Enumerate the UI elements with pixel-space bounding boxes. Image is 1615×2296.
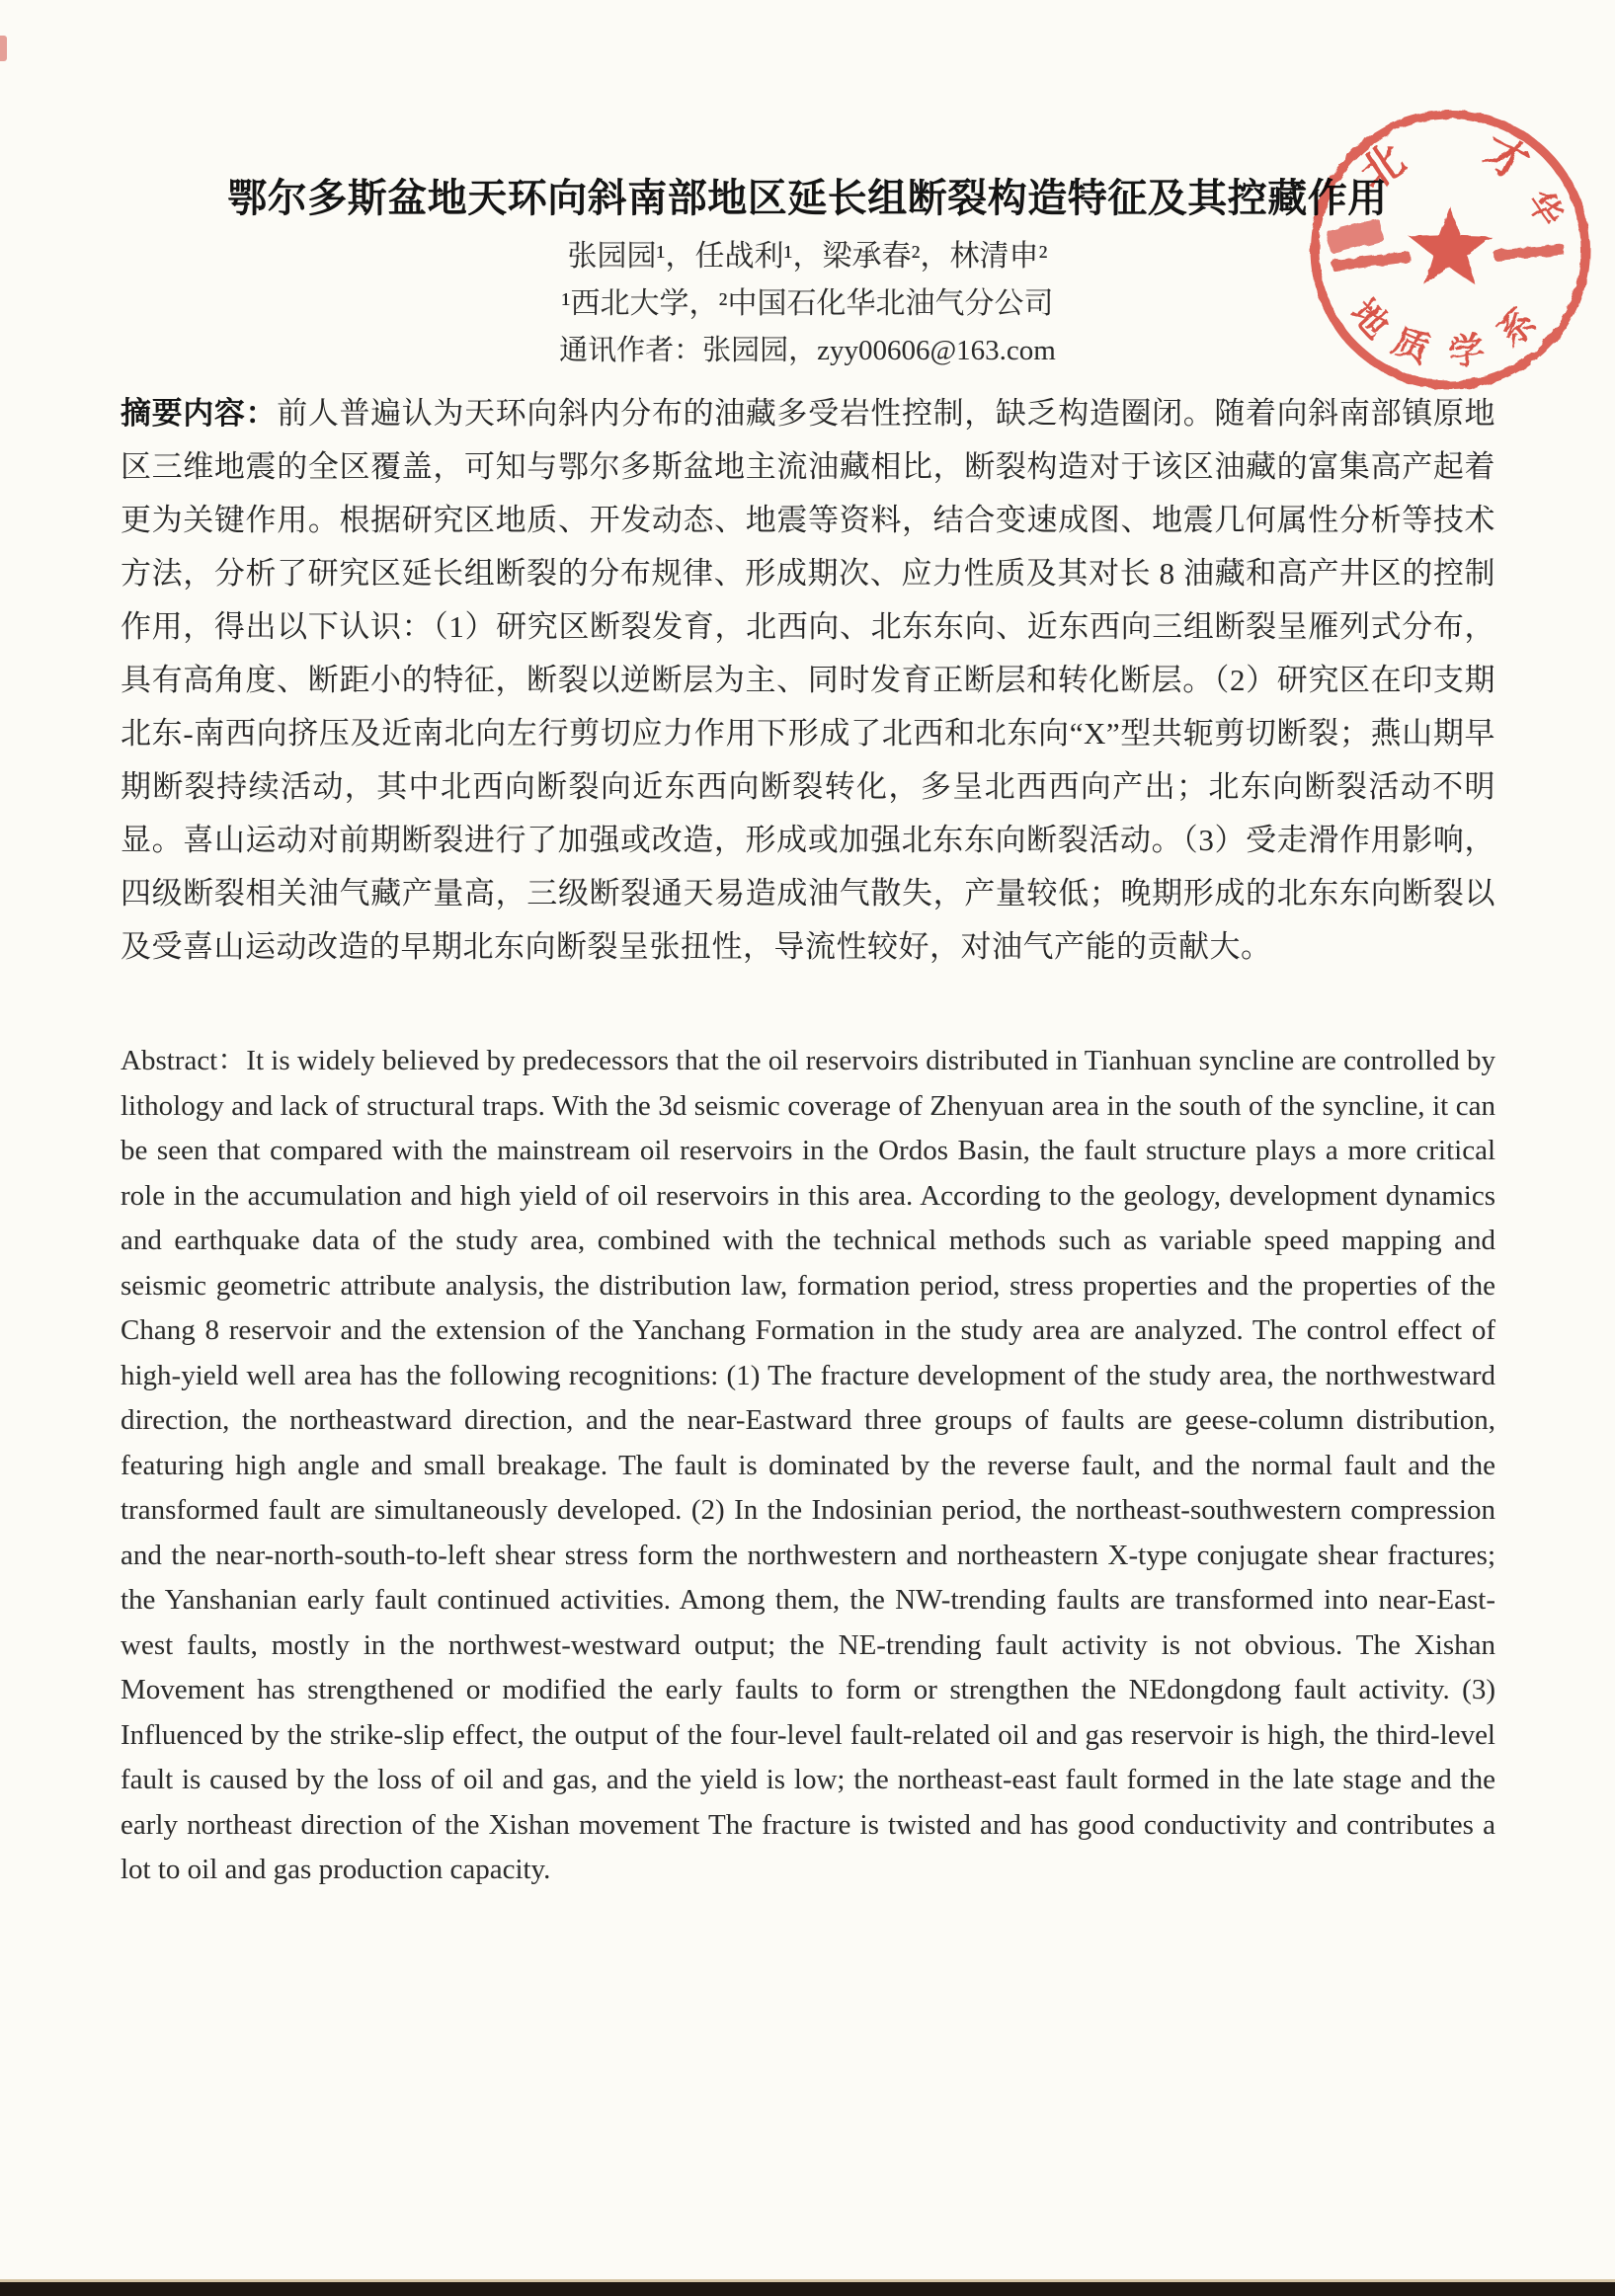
abstract-chinese-label: 摘要内容： [121, 396, 277, 431]
scan-red-mark [0, 36, 7, 61]
paper-title: 鄂尔多斯盆地天环向斜南部地区延长组断裂构造特征及其控藏作用 [0, 174, 1615, 223]
corresponding-author-line: 通讯作者：张园园，zyy00606@163.com [0, 331, 1615, 370]
abstract-chinese-text: 前人普遍认为天环向斜内分布的油藏多受岩性控制，缺乏构造圈闭。随着向斜南部镇原地区… [121, 396, 1495, 964]
abstract-english: Abstract：It is widely believed by predec… [121, 1039, 1495, 1893]
affiliations-line: ¹西北大学，²中国石化华北油气分公司 [0, 284, 1615, 324]
abstract-chinese: 摘要内容：前人普遍认为天环向斜内分布的油藏多受岩性控制，缺乏构造圈闭。随着向斜南… [121, 387, 1495, 974]
abstract-english-label: Abstract： [121, 1045, 246, 1076]
scan-bottom-edge [0, 2282, 1615, 2296]
abstract-english-text: It is widely believed by predecessors th… [121, 1045, 1495, 1885]
authors-line: 张园园¹，任战利¹，梁承春²，林清申² [0, 237, 1615, 277]
scanned-paper-page: 鄂尔多斯盆地天环向斜南部地区延长组断裂构造特征及其控藏作用 张园园¹，任战利¹，… [0, 0, 1615, 2296]
